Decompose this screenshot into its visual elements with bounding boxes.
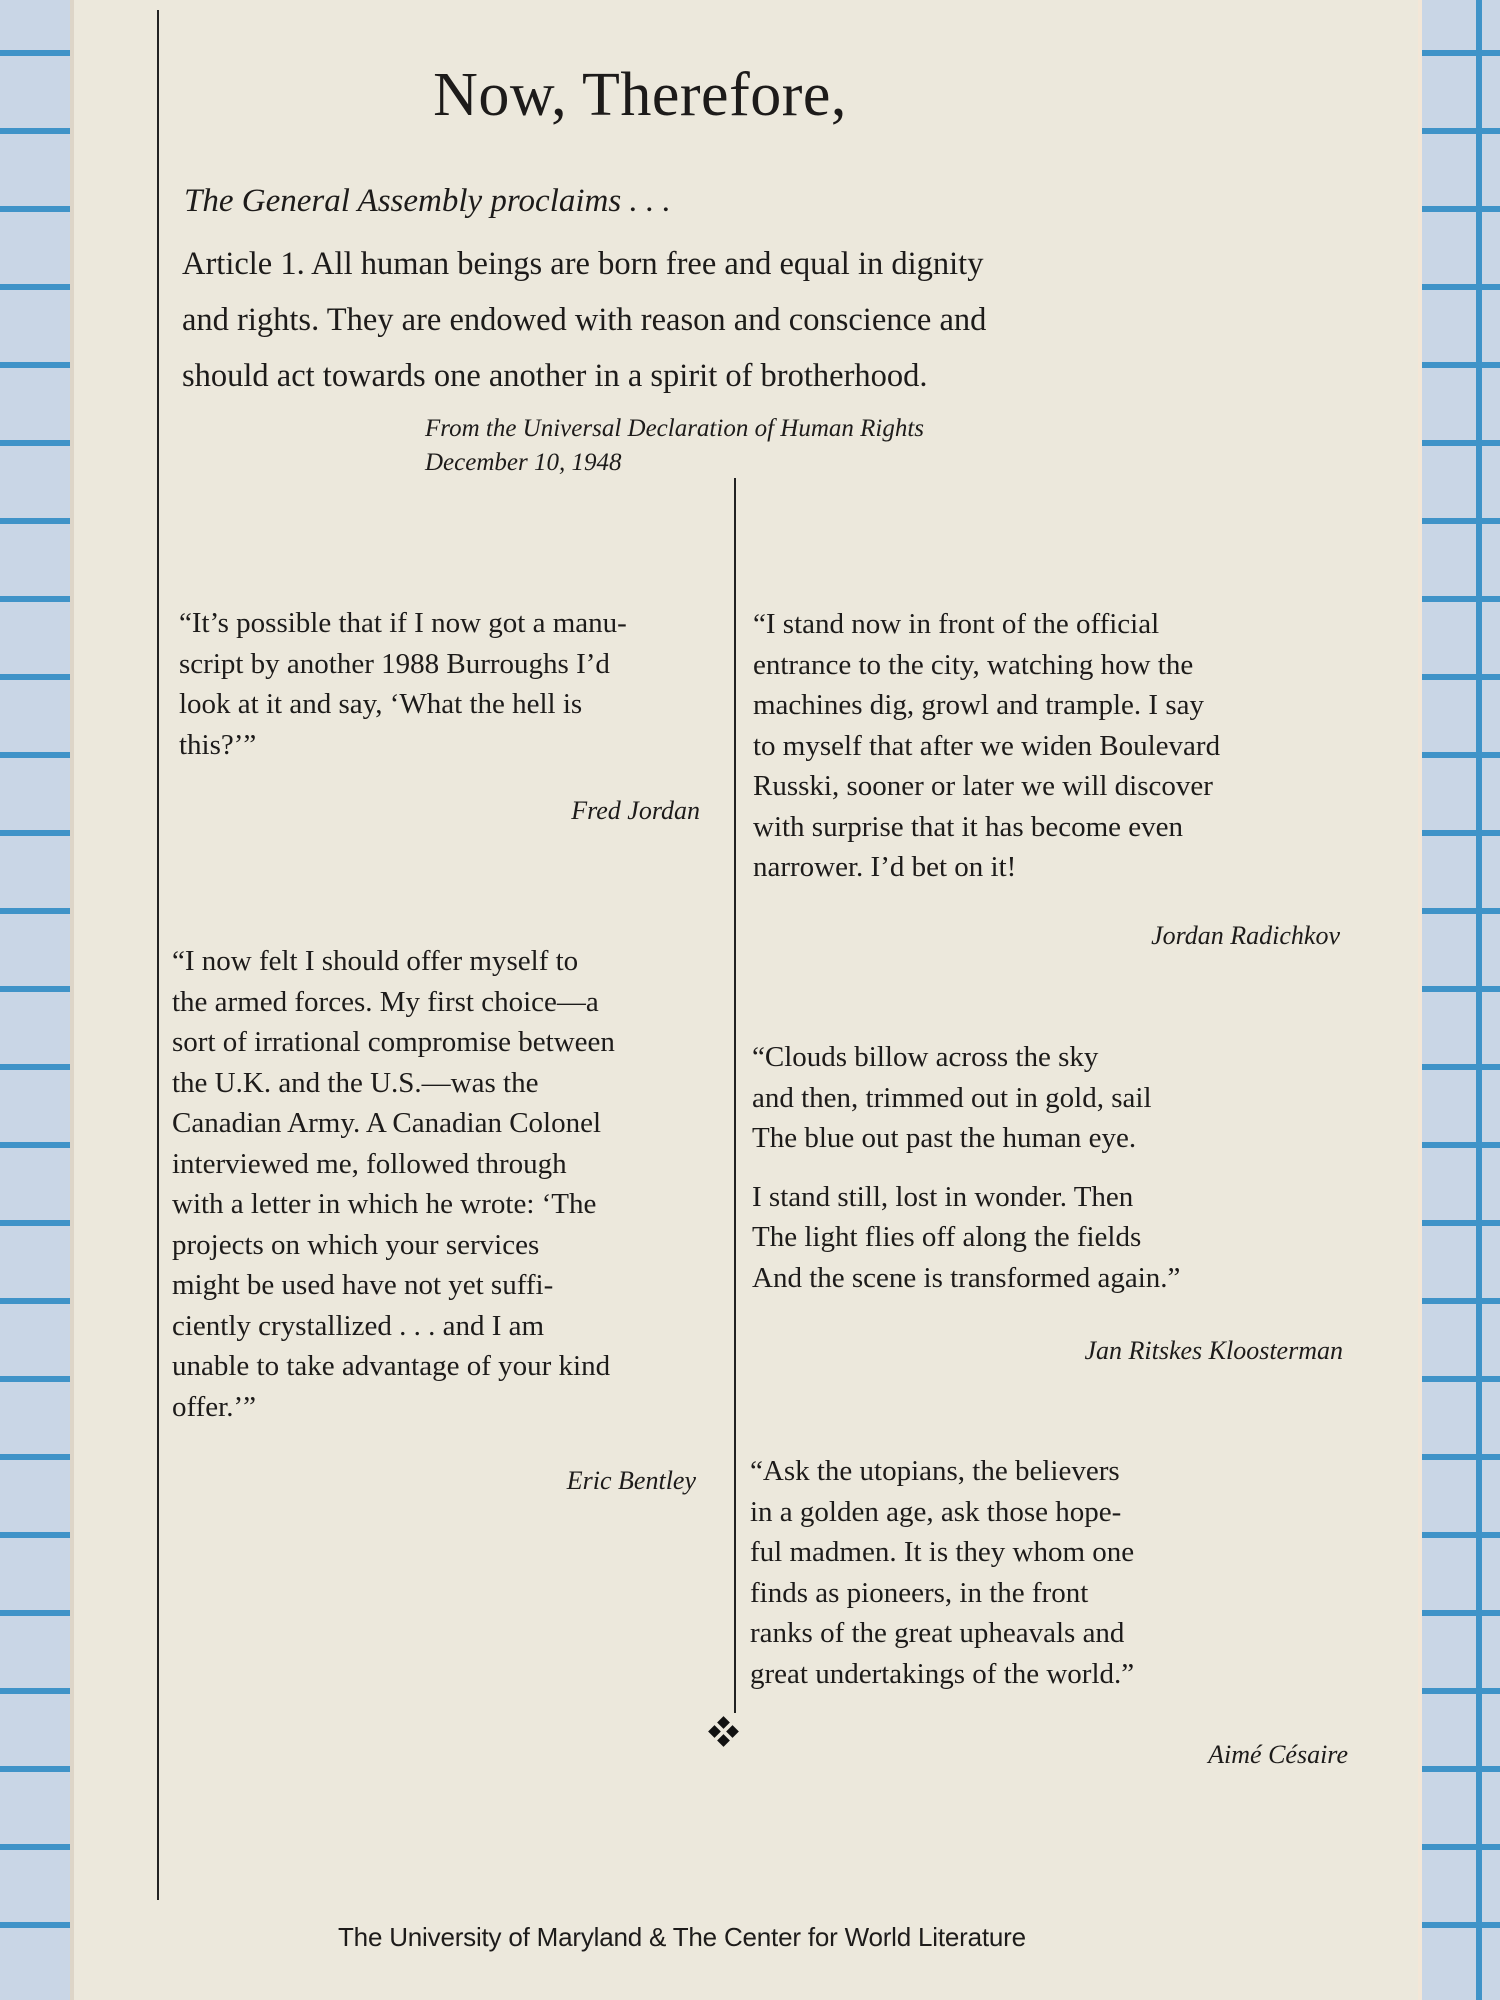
publisher-footer: The University of Maryland & The Center … (338, 1922, 1026, 1953)
poem-line: “Clouds billow across the sky (752, 1037, 1352, 1078)
quote-line: the U.K. and the U.S.—was the (172, 1063, 732, 1104)
poem-line: The blue out past the human eye. (752, 1118, 1352, 1159)
poem-line: And the scene is transformed again.” (752, 1258, 1352, 1299)
poem-line: I stand still, lost in wonder. Then (752, 1177, 1352, 1218)
quote-line: the armed forces. My first choice—a (172, 982, 732, 1023)
quote-line: Canadian Army. A Canadian Colonel (172, 1103, 732, 1144)
quote-line: to myself that after we widen Boulevard (753, 726, 1353, 767)
quote-line: “Ask the utopians, the believers (750, 1451, 1350, 1492)
intro-line: The General Assembly proclaims . . . (184, 183, 671, 220)
quote-kloosterman: “Clouds billow across the sky and then, … (752, 1037, 1352, 1298)
quote-line: finds as pioneers, in the front (750, 1573, 1350, 1614)
quote-line: offer.’” (172, 1387, 732, 1428)
article-line: Article 1. All human beings are born fre… (182, 236, 1142, 292)
quote-line: machines dig, growl and trample. I say (753, 685, 1353, 726)
source-line-1: From the Universal Declaration of Human … (425, 412, 924, 446)
page-edge (1418, 0, 1422, 2000)
author-kloosterman: Jan Ritskes Kloosterman (940, 1336, 1343, 1366)
quote-line: Russki, sooner or later we will discover (753, 766, 1353, 807)
quote-jordan-radichkov: “I stand now in front of the official en… (753, 604, 1353, 888)
source-citation: From the Universal Declaration of Human … (425, 412, 924, 480)
quote-line: script by another 1988 Burroughs I’d (179, 644, 719, 685)
quote-line: with surprise that it has become even (753, 807, 1353, 848)
quote-line: look at it and say, ‘What the hell is (179, 684, 719, 725)
quote-line: this?’” (179, 725, 719, 766)
quote-line: interviewed me, followed through (172, 1144, 732, 1185)
author-eric-bentley: Eric Bentley (400, 1466, 696, 1496)
quote-line: might be used have not yet suffi- (172, 1265, 732, 1306)
author-jordan-radichkov: Jordan Radichkov (1000, 921, 1340, 951)
page-title: Now, Therefore, (0, 60, 1280, 131)
poem-line: and then, trimmed out in gold, sail (752, 1078, 1352, 1119)
center-vertical-rule (734, 478, 736, 1713)
quote-line: “I now felt I should offer myself to (172, 941, 732, 982)
fleuron-ornament-icon (710, 1718, 738, 1746)
author-aime-cesaire: Aimé Césaire (1000, 1740, 1348, 1770)
left-vertical-rule (157, 10, 159, 1900)
quote-line: with a letter in which he wrote: ‘The (172, 1184, 732, 1225)
poem-line: The light flies off along the fields (752, 1217, 1352, 1258)
quote-line: ranks of the great upheavals and (750, 1613, 1350, 1654)
source-date: December 10, 1948 (425, 446, 924, 480)
article-1-text: Article 1. All human beings are born fre… (182, 236, 1142, 404)
quote-line: great undertakings of the world.” (750, 1654, 1350, 1695)
quote-line: “It’s possible that if I now got a manu- (179, 603, 719, 644)
quote-line: ful madmen. It is they whom one (750, 1532, 1350, 1573)
article-line: and rights. They are endowed with reason… (182, 292, 1142, 348)
quote-line: “I stand now in front of the official (753, 604, 1353, 645)
quote-line: narrower. I’d bet on it! (753, 847, 1353, 888)
quote-aime-cesaire: “Ask the utopians, the believers in a go… (750, 1451, 1350, 1694)
quote-line: unable to take advantage of your kind (172, 1346, 732, 1387)
quote-line: in a golden age, ask those hope- (750, 1492, 1350, 1533)
quote-line: projects on which your services (172, 1225, 732, 1266)
quote-line: sort of irrational compromise between (172, 1022, 732, 1063)
author-fred-jordan: Fred Jordan (400, 796, 700, 826)
quote-fred-jordan: “It’s possible that if I now got a manu-… (179, 603, 719, 765)
quote-line: entrance to the city, watching how the (753, 645, 1353, 686)
article-line: should act towards one another in a spir… (182, 348, 1142, 404)
quote-line: ciently crystallized . . . and I am (172, 1306, 732, 1347)
quote-eric-bentley: “I now felt I should offer myself to the… (172, 941, 732, 1427)
